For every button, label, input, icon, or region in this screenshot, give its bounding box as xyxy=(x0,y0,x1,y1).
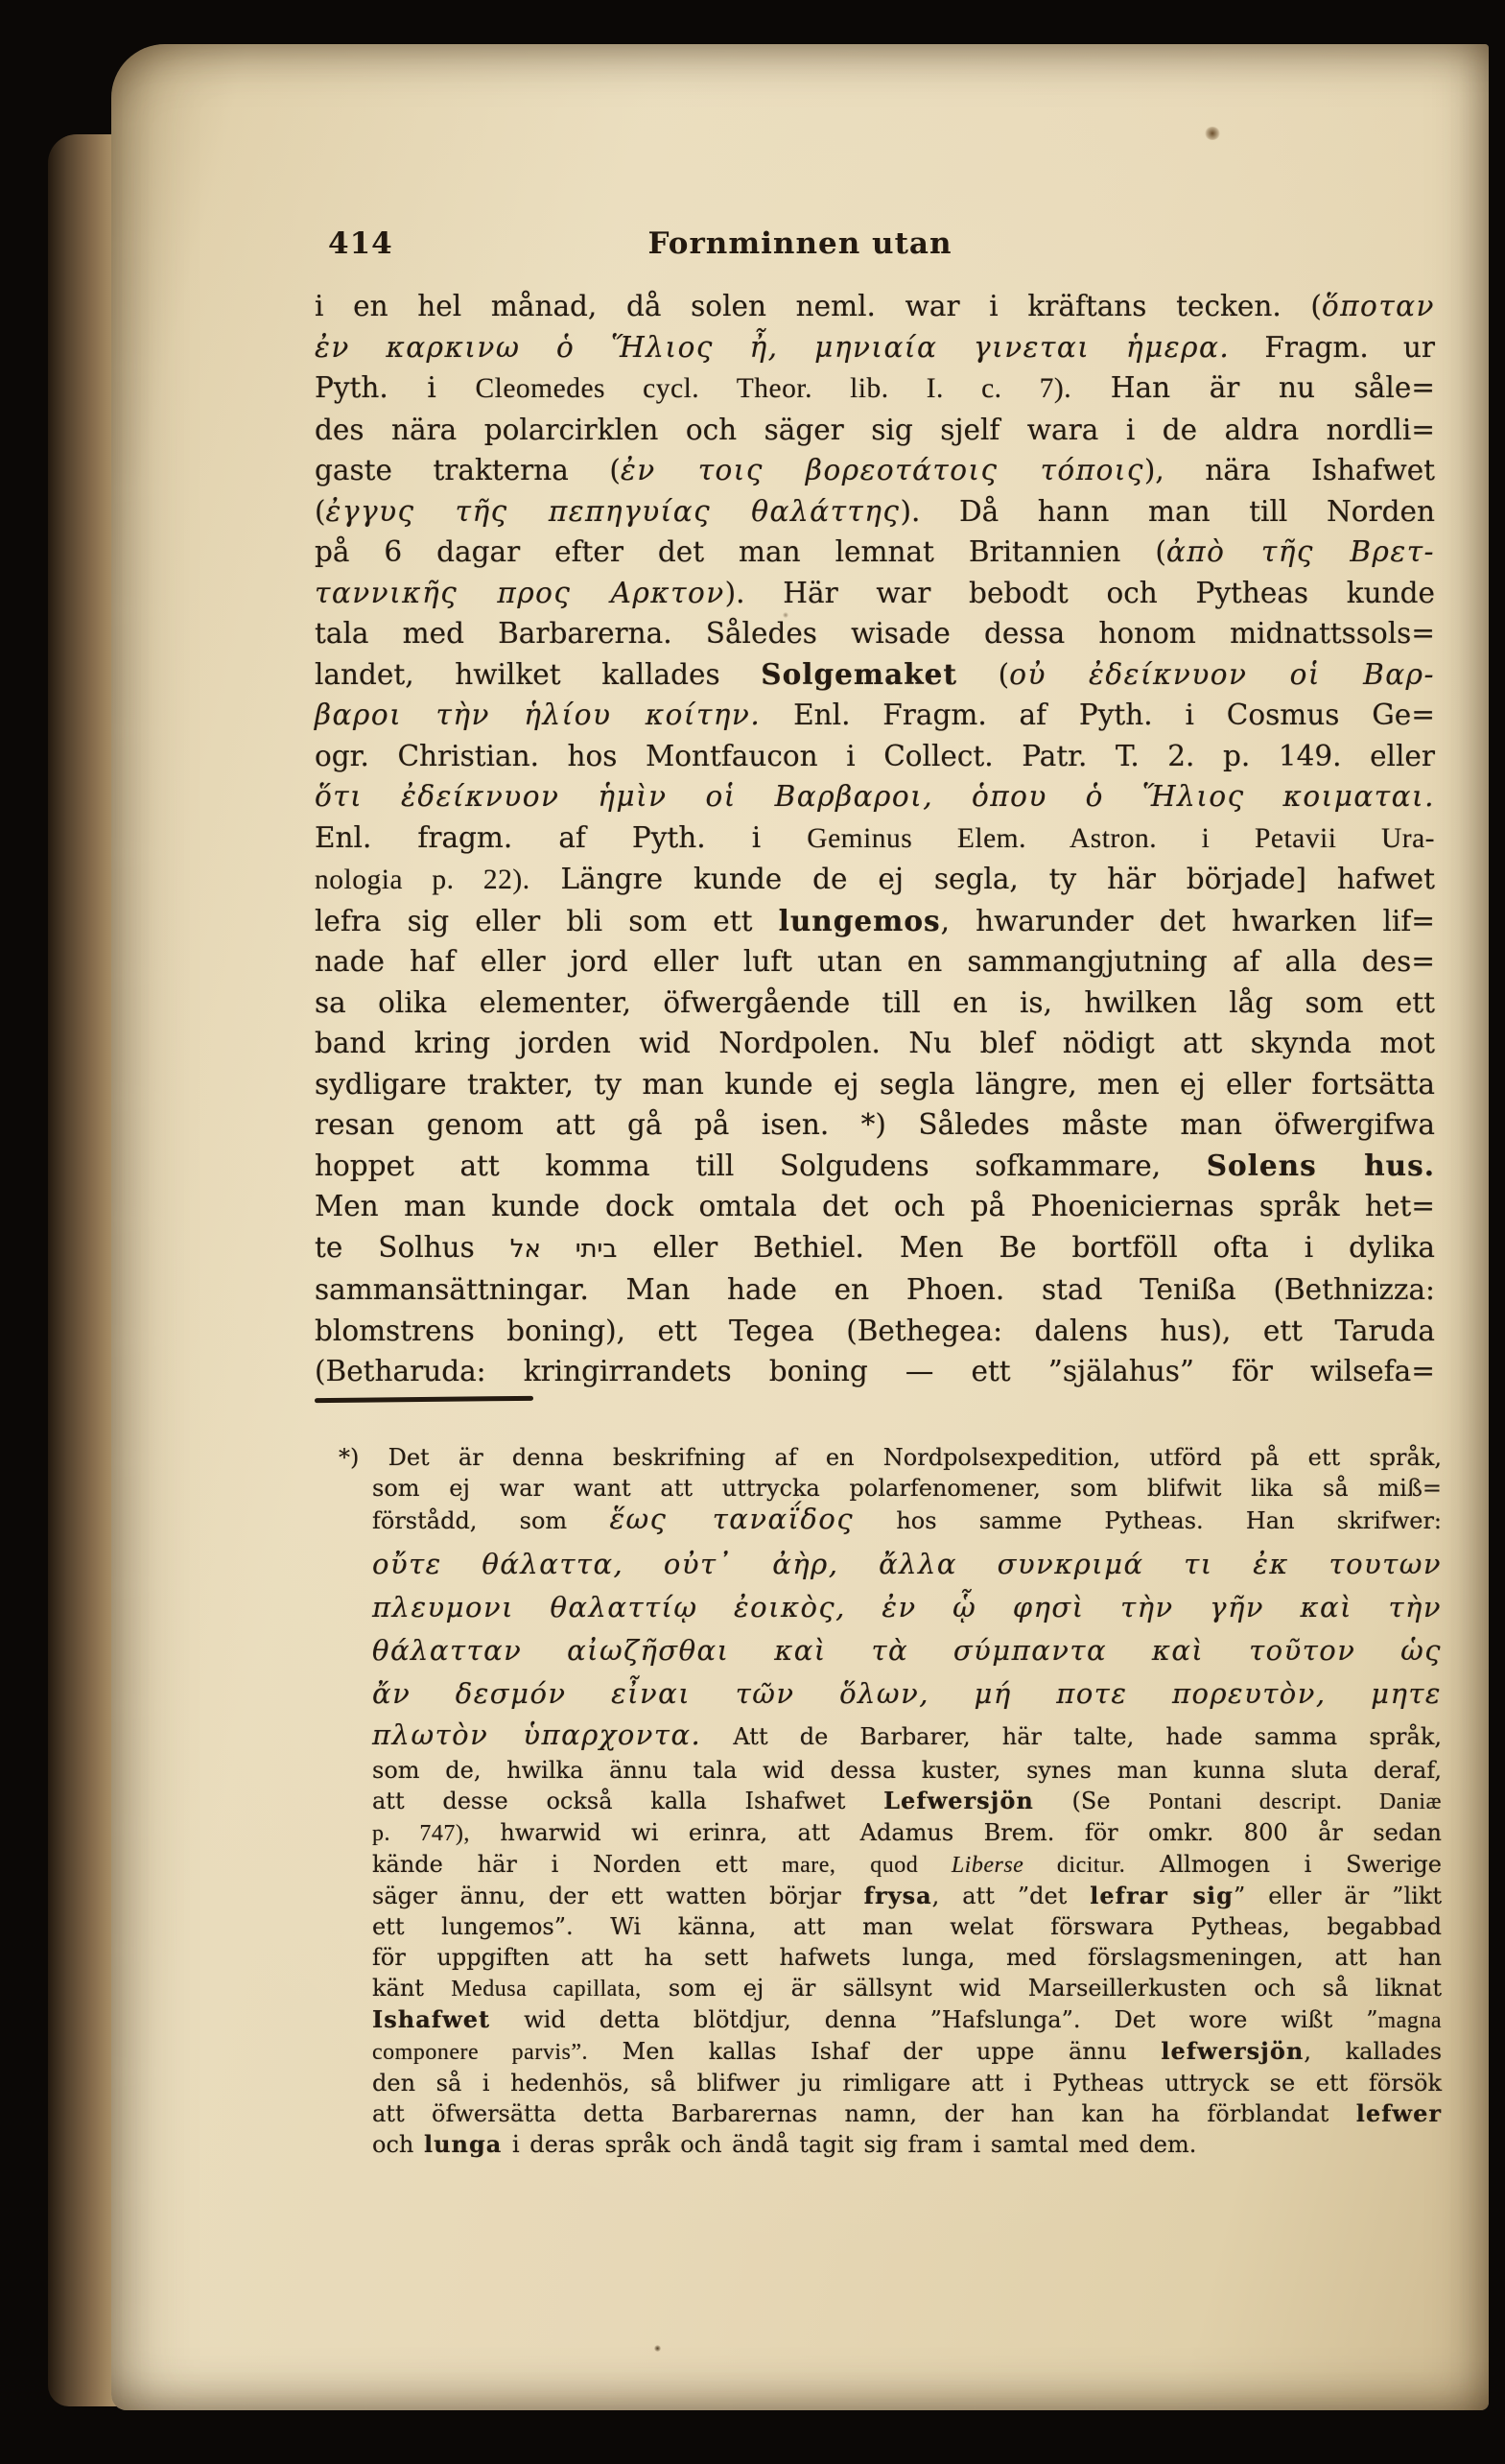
text-segment-r: componere parvis”. xyxy=(372,2040,588,2065)
footnote-separator-rule xyxy=(315,1396,533,1403)
text-line: hoppet att komma till Solgudens sofkamma… xyxy=(315,1146,1435,1187)
text-segment-f: ett lungemos”. Wi känna, att man welat f… xyxy=(372,1913,1442,1940)
text-segment-f: ). Här war bebodt och Pytheas kunde xyxy=(725,577,1435,609)
text-line: componere parvis”. Men kallas Ishaf der … xyxy=(339,2036,1442,2068)
text-line: Ishafwet wid detta blötdjur, denna ”Hafs… xyxy=(339,2004,1442,2036)
text-segment-f: på 6 dagar efter det man lemnat Britanni… xyxy=(315,535,1166,568)
text-segment-f: som de, hwilka ännu tala wid dessa kuste… xyxy=(372,1757,1442,1784)
text-segment-b: frysa xyxy=(864,1882,932,1909)
text-segment-f: , kallades xyxy=(1304,2038,1442,2065)
text-segment-g: οὐ ἐδείκνυον οἱ Βαρ- xyxy=(1009,658,1435,691)
text-segment-f: Allmogen i Swerige xyxy=(1125,1851,1442,1878)
text-segment-f: ). Då hann man till Norden xyxy=(900,495,1435,528)
text-segment-f: , att ”det xyxy=(932,1883,1091,1909)
text-segment-f: att öfwersätta detta Barbarernas namn, d… xyxy=(372,2100,1356,2127)
text-segment-f: *) Det är denna beskrifning af en Nordpo… xyxy=(339,1444,1442,1471)
text-segment-f: sydligare trakter, ty man kunde ej segla… xyxy=(315,1068,1435,1101)
text-line: Enl. fragm. af Pyth. i Geminus Elem. Ast… xyxy=(315,817,1435,860)
text-line: att öfwersätta detta Barbarernas namn, d… xyxy=(339,2098,1442,2129)
text-segment-f: landet, hwilket kallades xyxy=(315,658,761,691)
text-line: och lunga i deras språk och ändå tagit s… xyxy=(339,2129,1442,2160)
text-segment-f: nade haf eller jord eller luft utan en s… xyxy=(315,945,1435,978)
text-segment-g: ἕως ταναΐδος xyxy=(609,1503,854,1535)
text-line: (ἐγγυς τῆς πεπηγυίας θαλάττης). Då hann … xyxy=(315,491,1435,533)
text-segment-r: Cleomedes cycl. Theor. lib. I. c. 7). xyxy=(475,373,1071,404)
text-segment-f: Han är nu såle= xyxy=(1071,371,1435,404)
paper-stain xyxy=(654,2345,661,2352)
text-segment-f: hwarwid wi erinra, att Adamus Brem. för … xyxy=(470,1819,1442,1846)
text-line: θάλατταν αἰωζῆσθαι καὶ τὰ σύμπαντα καὶ τ… xyxy=(339,1630,1442,1673)
text-line: som ej war want att uttrycka polarfenome… xyxy=(339,1473,1442,1504)
running-title: Fornminnen utan xyxy=(647,226,952,261)
scan-background: 414 Fornminnen utan i en hel månad, då s… xyxy=(0,0,1505,2464)
text-line: nologia p. 22). Längre kunde de ej segla… xyxy=(315,859,1435,901)
text-segment-f xyxy=(835,1851,870,1878)
text-segment-g: βαροι τὴν ἡλίου κοίτην. xyxy=(315,699,761,731)
text-segment-f: som ej war want att uttrycka polarfenome… xyxy=(372,1475,1442,1502)
text-segment-b: lefwer xyxy=(1356,2099,1442,2127)
text-segment-f: och xyxy=(372,2131,424,2158)
text-segment-b: lunga xyxy=(424,2130,502,2158)
text-line: (Betharuda: kringirrandets boning — ett … xyxy=(315,1351,1435,1392)
text-segment-f: ” eller är ”likt xyxy=(1234,1883,1442,1909)
text-segment-f: des nära polarcirklen och säger sig sjel… xyxy=(315,414,1435,446)
text-segment-r: Pontani descript. Daniæ xyxy=(1148,1789,1442,1814)
text-line: för uppgiften att ha sett hafwets lunga,… xyxy=(339,1942,1442,1973)
text-segment-f: i deras språk och ändå tagit sig fram i … xyxy=(502,2131,1196,2158)
body-text: i en hel månad, då solen neml. war i krä… xyxy=(315,286,1435,1392)
text-segment-f: Pyth. i xyxy=(315,371,475,404)
text-segment-f: ), nära Ishafwet xyxy=(1144,454,1435,486)
text-line: tala med Barbarerna. Således wisade dess… xyxy=(315,613,1435,654)
text-segment-f: gaste trakterna ( xyxy=(315,454,621,486)
text-segment-g: πλευμονι θαλαττίῳ ἐοικὸς, ἐν ᾧ φησὶ τὴν … xyxy=(372,1591,1442,1623)
text-segment-f: förstådd, som xyxy=(372,1507,609,1534)
text-segment-f: Men man kunde dock omtala det och på Pho… xyxy=(315,1190,1435,1222)
text-line: *) Det är denna beskrifning af en Nordpo… xyxy=(339,1442,1442,1473)
text-line: βαροι τὴν ἡλίου κοίτην. Enl. Fragm. af P… xyxy=(315,695,1435,736)
text-segment-g: ὅποταν xyxy=(1322,290,1435,322)
text-line: känt Medusa capillata, som ej är sällsyn… xyxy=(339,1973,1442,2004)
text-segment-g: ἀπὸ τῆς Βρετ- xyxy=(1166,535,1435,568)
text-segment-f: ogr. Christian. hos Montfaucon i Collect… xyxy=(315,740,1435,772)
text-line: gaste trakterna (ἐν τοις βορεοτάτοις τόπ… xyxy=(315,450,1435,491)
text-line: som de, hwilka ännu tala wid dessa kuste… xyxy=(339,1755,1442,1786)
text-segment-b: Lefwersjön xyxy=(883,1787,1034,1814)
text-segment-g: πλωτὸν ὑπαρχοντα. xyxy=(372,1718,701,1751)
paper-stain xyxy=(1205,127,1220,140)
text-line: p. 747), hwarwid wi erinra, att Adamus B… xyxy=(339,1817,1442,1849)
text-segment-b: lungemos xyxy=(779,904,941,937)
text-line: blomstrens boning), ett Tegea (Bethegea:… xyxy=(315,1311,1435,1352)
text-segment-f: wid detta blötdjur, denna ”Hafslunga”. D… xyxy=(490,2006,1377,2033)
text-segment-f: sammansättningar. Man hade en Phoen. sta… xyxy=(315,1273,1435,1306)
text-segment-r: mare, xyxy=(782,1853,835,1878)
text-segment-f: , hwarunder det hwarken lif= xyxy=(941,905,1435,937)
text-line: den så i hedenhös, så blifwer ju rimliga… xyxy=(339,2068,1442,2098)
text-line: band kring jorden wid Nordpolen. Nu blef… xyxy=(315,1023,1435,1064)
text-line: ἄν δεσμόν εἶναι τῶν ὅλων, μή ποτε πορευτ… xyxy=(339,1673,1442,1717)
text-segment-f: Men kallas Ishaf der uppe ännu xyxy=(588,2038,1161,2065)
text-segment-f: sa olika elementer, öfwergående till en … xyxy=(315,986,1435,1019)
text-line: sammansättningar. Man hade en Phoen. sta… xyxy=(315,1269,1435,1311)
page-header: 414 Fornminnen utan xyxy=(111,226,1489,261)
text-segment-f: (Se xyxy=(1034,1788,1149,1814)
text-segment-f: eller Bethiel. Men Be bortföll ofta i dy… xyxy=(617,1231,1435,1264)
text-segment-b: Solgemaket xyxy=(761,657,957,691)
text-segment-f: Enl. fragm. af Pyth. i xyxy=(315,821,807,854)
text-segment-r: Geminus Elem. Astron. i Petavii Ura- xyxy=(807,823,1435,854)
text-segment-r: quod xyxy=(870,1853,952,1878)
text-segment-f: för uppgiften att ha sett hafwets lunga,… xyxy=(372,1944,1442,1971)
text-segment-b: Solens hus. xyxy=(1207,1149,1435,1182)
text-segment-f: känt xyxy=(372,1975,451,2002)
text-segment-f: Att de Barbarer, här talte, hade samma s… xyxy=(701,1723,1442,1750)
text-line: des nära polarcirklen och säger sig sjel… xyxy=(315,410,1435,451)
text-segment-g: θάλατταν αἰωζῆσθαι καὶ τὰ σύμπαντα καὶ τ… xyxy=(372,1634,1442,1667)
text-segment-f: i en hel månad, då solen neml. war i krä… xyxy=(315,290,1322,322)
text-line: Men man kunde dock omtala det och på Pho… xyxy=(315,1186,1435,1227)
text-segment-g: ἐν τοις βορεοτάτοις τόποις xyxy=(621,454,1144,486)
text-segment-f: den så i hedenhös, så blifwer ju rimliga… xyxy=(372,2070,1442,2097)
text-segment-f: Längre kunde de ej segla, ty här började… xyxy=(530,863,1435,895)
text-segment-r: p. 747), xyxy=(372,1821,470,1846)
text-segment-f: ( xyxy=(957,658,1009,691)
text-segment-r: Medusa capillata, xyxy=(451,1977,641,2002)
text-line: resan genom att gå på isen. *) Således m… xyxy=(315,1104,1435,1146)
text-line: sydligare trakter, ty man kunde ej segla… xyxy=(315,1064,1435,1105)
text-segment-f: lefra sig eller bli som ett xyxy=(315,905,779,937)
text-segment-g: ἐγγυς τῆς πεπηγυίας θαλάττης xyxy=(326,495,901,528)
text-line: säger ännu, der ett watten börjar frysa,… xyxy=(339,1881,1442,1911)
text-line: landet, hwilket kallades Solgemaket (οὐ … xyxy=(315,654,1435,696)
text-segment-r: magna xyxy=(1378,2008,1442,2033)
text-line: lefra sig eller bli som ett lungemos, hw… xyxy=(315,901,1435,942)
text-segment-f: te Solhus xyxy=(315,1231,510,1264)
text-line: i en hel månad, då solen neml. war i krä… xyxy=(315,286,1435,327)
text-segment-g: ταννικῆς προς Αρκτον xyxy=(315,577,725,609)
text-segment-f: ( xyxy=(315,495,326,528)
text-line: att desse också kalla Ishafwet Lefwersjö… xyxy=(339,1786,1442,1817)
text-segment-f: Enl. Fragm. af Pyth. i Cosmus Ge= xyxy=(761,699,1435,731)
text-segment-b: Ishafwet xyxy=(372,2005,490,2033)
text-segment-i: Liberse xyxy=(952,1853,1024,1878)
text-segment-f: säger ännu, der ett watten börjar xyxy=(372,1883,864,1909)
text-segment-f: hoppet att komma till Solgudens sofkamma… xyxy=(315,1149,1207,1182)
text-segment-f: resan genom att gå på isen. *) Således m… xyxy=(315,1108,1435,1141)
text-segment-f: (Betharuda: kringirrandets boning — ett … xyxy=(315,1355,1435,1387)
page-number: 414 xyxy=(328,226,393,261)
text-segment-r: nologia p. 22). xyxy=(315,865,530,895)
text-line: på 6 dagar efter det man lemnat Britanni… xyxy=(315,532,1435,573)
text-line: förstådd, som ἕως ταναΐδος hos samme Pyt… xyxy=(339,1504,1442,1536)
text-segment-r: dicitur. xyxy=(1023,1853,1125,1878)
footnote-text: *) Det är denna beskrifning af en Nordpo… xyxy=(339,1442,1442,2160)
text-segment-f: som ej är sällsynt wid Marseillerkusten … xyxy=(642,1975,1442,2002)
text-segment-g: ἄν δεσμόν εἶναι τῶν ὅλων, μή ποτε πορευτ… xyxy=(372,1677,1442,1710)
text-segment-f: att desse också kalla Ishafwet xyxy=(372,1788,883,1814)
text-segment-f: hos samme Pytheas. Han skrifwer: xyxy=(854,1507,1442,1534)
page-surface: 414 Fornminnen utan i en hel månad, då s… xyxy=(111,44,1489,2410)
text-line: πλωτὸν ὑπαρχοντα. Att de Barbarer, här t… xyxy=(339,1717,1442,1755)
text-line: ogr. Christian. hos Montfaucon i Collect… xyxy=(315,736,1435,777)
text-line: οὔτε θάλαττα, οὐτ᾽ ἀὴρ, ἄλλα συνκριμά τι… xyxy=(339,1544,1442,1587)
text-segment-g: ἐν καρκινω ὁ Ἥλιος ἦ, μηνιαία γινεται ἡμ… xyxy=(315,331,1230,364)
text-segment-f: band kring jorden wid Nordpolen. Nu blef… xyxy=(315,1027,1435,1059)
text-line: te Solhus ביתי אל eller Bethiel. Men Be … xyxy=(315,1227,1435,1270)
text-segment-b: lefrar sig xyxy=(1090,1882,1234,1909)
text-segment-b: lefwersjön xyxy=(1161,2037,1304,2065)
text-line: nade haf eller jord eller luft utan en s… xyxy=(315,941,1435,983)
text-line: πλευμονι θαλαττίῳ ἐοικὸς, ἐν ᾧ φησὶ τὴν … xyxy=(339,1587,1442,1630)
text-line: ἐν καρκινω ὁ Ἥλιος ἦ, μηνιαία γινεται ἡμ… xyxy=(315,327,1435,368)
text-line: ett lungemos”. Wi känna, att man welat f… xyxy=(339,1911,1442,1942)
text-segment-f: kände här i Norden ett xyxy=(372,1851,782,1878)
text-line: ὅτι ἐδείκνυον ἡμὶν οἱ Βαρβαροι, ὁπου ὁ Ἥ… xyxy=(315,776,1435,817)
text-segment-g: ὅτι ἐδείκνυον ἡμὶν οἱ Βαρβαροι, ὁπου ὁ Ἥ… xyxy=(315,780,1435,813)
text-line: sa olika elementer, öfwergående till en … xyxy=(315,983,1435,1024)
text-segment-g: οὔτε θάλαττα, οὐτ᾽ ἀὴρ, ἄλλα συνκριμά τι… xyxy=(372,1548,1442,1580)
text-segment-f: blomstrens boning), ett Tegea (Bethegea:… xyxy=(315,1315,1435,1347)
text-segment-f: tala med Barbarerna. Således wisade dess… xyxy=(315,617,1435,650)
text-line: Pyth. i Cleomedes cycl. Theor. lib. I. c… xyxy=(315,367,1435,410)
text-segment-f: Fragm. ur xyxy=(1230,331,1435,364)
text-segment-h: ביתי אל xyxy=(510,1235,618,1264)
text-line: kände här i Norden ett mare, quod Libers… xyxy=(339,1849,1442,1881)
text-line: ταννικῆς προς Αρκτον). Här war bebodt oc… xyxy=(315,573,1435,614)
